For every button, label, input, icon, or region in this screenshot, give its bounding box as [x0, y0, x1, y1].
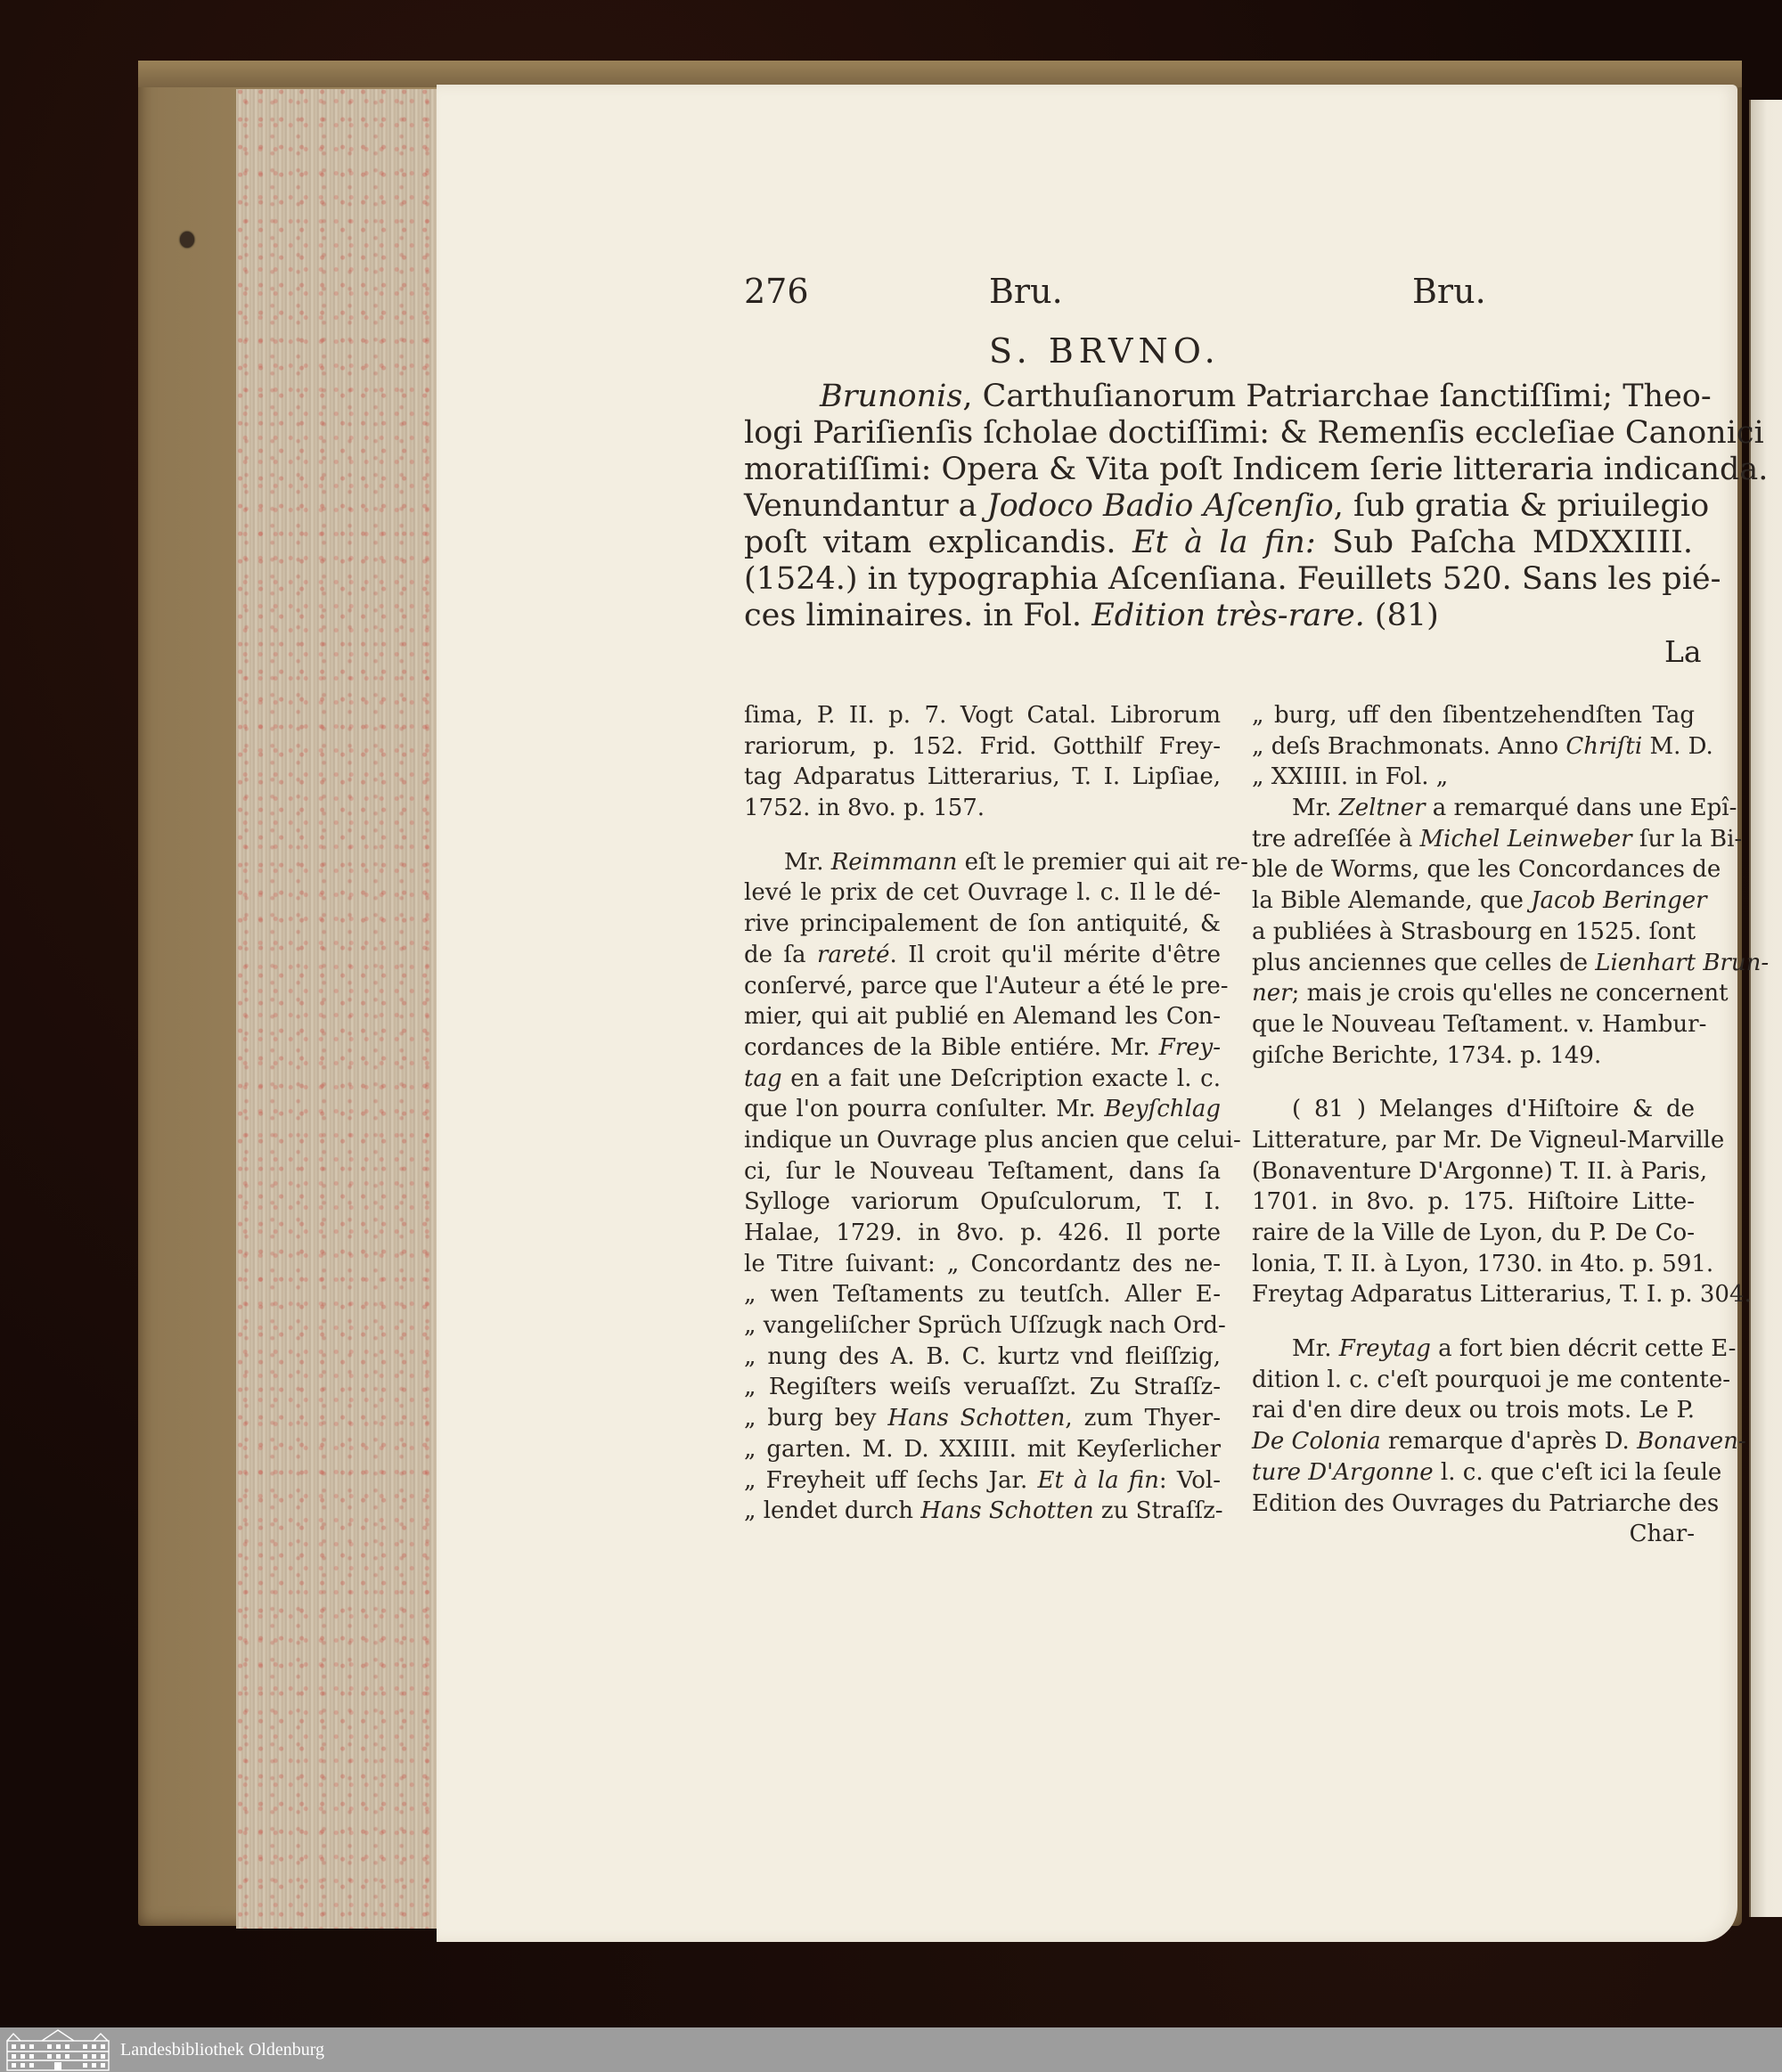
italic-text: Jodoco Badio Aſcenſio: [987, 488, 1334, 524]
text-segment: Litterature, par Mr. De Vigneul-Marville: [1252, 1127, 1724, 1154]
column-line: de ſa rareté. Il croit qu'il mérite d'êt…: [744, 940, 1221, 971]
text-segment: lonia, T. II. à Lyon, 1730. in 4to. p. 5…: [1252, 1251, 1713, 1277]
text-segment: que le Nouveau Teſtament. v. Hambur-: [1252, 1011, 1706, 1038]
text-segment: ci, ſur le Nouveau Teſtament, dans ſa: [744, 1158, 1221, 1185]
text-segment: conſervé, parce que l'Auteur a été le pr…: [744, 973, 1229, 999]
italic-text: Zeltner: [1339, 795, 1426, 821]
text-segment: cordances de la Bible entiére. Mr.: [744, 1034, 1159, 1061]
column-line: ner; mais je crois qu'elles ne concernen…: [1252, 978, 1695, 1009]
footnote-column-right: „ burg, uff den ſibentzehendſten Tag„ de…: [1252, 700, 1695, 1550]
text-segment: . Il croit qu'il mérite d'être: [890, 942, 1221, 968]
italic-text: Frey-: [1159, 1034, 1221, 1061]
column-line: rive principalement de ſon antiquité, &: [744, 909, 1221, 940]
column-line: Edition des Ouvrages du Patriarche des: [1252, 1489, 1695, 1520]
text-segment: Mr.: [784, 849, 831, 876]
text-segment: Char-: [1630, 1521, 1695, 1547]
text-segment: a remarqué dans une Epî-: [1426, 795, 1737, 821]
page-number: 276: [744, 272, 809, 311]
column-line: levé le prix de cet Ouvrage l. c. Il le …: [744, 877, 1221, 909]
column-line: plus anciennes que celles de Lienhart Br…: [1252, 948, 1695, 979]
italic-text: tag: [744, 1065, 782, 1092]
italic-text: Reimmann: [831, 849, 958, 876]
main-entry-line: Brunonis, Carthuſianorum Patriarchae ſan…: [744, 379, 1693, 415]
column-line: De Colonia remarque d'après D. Bonaven-: [1252, 1426, 1695, 1457]
text-segment: en a fait une Deſcription exacte l. c.: [782, 1065, 1221, 1092]
cover-nail: [180, 232, 194, 248]
text-segment: indique un Ouvrage plus ancien que celui…: [744, 1127, 1241, 1154]
text-segment: Halae, 1729. in 8vo. p. 426. Il porte: [744, 1220, 1221, 1246]
text-segment: ( 81 ) Melanges d'Hiſtoire & de: [1292, 1096, 1695, 1122]
italic-text: Hans Schotten: [887, 1405, 1065, 1432]
text-segment: (1524.) in typographia Aſcenſiana. Feuil…: [744, 561, 1721, 597]
column-line: „ lendet durch Hans Schotten zu Straſſz-: [744, 1496, 1221, 1527]
text-segment: ſima, P. II. p. 7. Vogt Catal. Librorum: [744, 702, 1221, 729]
book-cover-top-edge: [138, 61, 1742, 87]
column-line: „ vangeliſcher Sprüch Uſſzugk nach Ord-: [744, 1310, 1221, 1342]
italic-text: Chriſti: [1565, 733, 1642, 760]
catchword-la: La: [1664, 634, 1702, 669]
column-line: „ burg, uff den ſibentzehendſten Tag: [1252, 700, 1695, 731]
institution-name: Landesbibliothek Oldenburg: [120, 2040, 324, 2060]
column-line: Mr. Freytag a fort bien décrit cette E-: [1252, 1334, 1695, 1365]
main-entry-line: Venundantur a Jodoco Badio Aſcenſio, ſub…: [744, 488, 1693, 525]
column-line: indique un Ouvrage plus ancien que celui…: [744, 1125, 1221, 1156]
column-line: dition l. c. c'eſt pourquoi je me conten…: [1252, 1365, 1695, 1396]
text-segment: a fort bien décrit cette E-: [1431, 1335, 1737, 1362]
column-line: que le Nouveau Teſtament. v. Hambur-: [1252, 1009, 1695, 1040]
column-line: Mr. Reimmann eſt le premier qui ait re-: [744, 847, 1221, 878]
column-line: tag Adparatus Litterarius, T. I. Lipſiae…: [744, 762, 1221, 793]
text-segment: 1701. in 8vo. p. 175. Hiſtoire Litte-: [1252, 1188, 1695, 1215]
text-segment: dition l. c. c'eſt pourquoi je me conten…: [1252, 1366, 1730, 1393]
text-segment: ſur la Bi-: [1632, 826, 1743, 852]
text-segment: „ burg bey: [744, 1405, 887, 1432]
column-line: Sylloge variorum Opuſculorum, T. I.: [744, 1187, 1221, 1218]
text-segment: ble de Worms, que les Concordances de: [1252, 856, 1721, 883]
column-line: ſima, P. II. p. 7. Vogt Catal. Librorum: [744, 700, 1221, 731]
library-building-logo-icon: [4, 2028, 111, 2071]
text-segment: moratiſſimi: Opera & Vita poſt Indicem ſ…: [744, 452, 1768, 487]
text-segment: Mr.: [1292, 1335, 1339, 1362]
footnote-column-left: ſima, P. II. p. 7. Vogt Catal. Librorumr…: [744, 700, 1221, 1527]
text-segment: levé le prix de cet Ouvrage l. c. Il le …: [744, 879, 1221, 906]
column-line: lonia, T. II. à Lyon, 1730. in 4to. p. 5…: [1252, 1249, 1695, 1280]
text-segment: „ nung des A. B. C. kurtz vnd fleiſſzig,: [744, 1343, 1221, 1370]
text-segment: 1752. in 8vo. p. 157.: [744, 795, 985, 821]
italic-text: Hans Schotten: [920, 1497, 1093, 1524]
text-segment: zu Straſſz-: [1094, 1497, 1223, 1524]
text-segment: „ XXIIII. in Fol. „: [1252, 763, 1448, 790]
text-segment: (81): [1365, 598, 1439, 633]
column-line: tag en a fait une Deſcription exacte l. …: [744, 1064, 1221, 1095]
column-line: tre adreſſée à Michel Leinweber ſur la B…: [1252, 824, 1695, 855]
text-segment: tre adreſſée à: [1252, 826, 1420, 852]
italic-text: ner: [1252, 980, 1292, 1007]
text-segment: , ſub gratia & priuilegio: [1334, 488, 1709, 524]
main-entry-line: moratiſſimi: Opera & Vita poſt Indicem ſ…: [744, 452, 1693, 488]
text-segment: rive principalement de ſon antiquité, &: [744, 910, 1221, 937]
text-segment: poſt vitam explicandis.: [744, 525, 1132, 560]
column-line: „ nung des A. B. C. kurtz vnd fleiſſzig,: [744, 1342, 1221, 1373]
italic-text: Freytag: [1339, 1335, 1431, 1362]
text-segment: le Titre ſuivant: „ Concordantz des ne-: [744, 1251, 1221, 1277]
column-line: „ wen Teſtaments zu teutſch. Aller E-: [744, 1279, 1221, 1310]
column-line: cordances de la Bible entiére. Mr. Frey-: [744, 1032, 1221, 1064]
facing-page-edge: [1749, 100, 1782, 1917]
text-segment: mier, qui ait publié en Alemand les Con-: [744, 1003, 1221, 1030]
text-segment: „ deſs Brachmonats. Anno: [1252, 733, 1565, 760]
text-segment: rai d'en dire deux ou trois mots. Le P.: [1252, 1397, 1695, 1423]
column-line: „ garten. M. D. XXIIII. mit Keyſerlicher: [744, 1434, 1221, 1465]
column-line: „ Freyheit uff ſechs Jar. Et à la fin: V…: [744, 1465, 1221, 1497]
entry-title: S. BRVNO.: [989, 331, 1221, 371]
italic-text: Edition très-rare.: [1091, 598, 1365, 633]
column-line: conſervé, parce que l'Auteur a été le pr…: [744, 971, 1221, 1002]
column-line: 1752. in 8vo. p. 157.: [744, 793, 1221, 824]
text-segment: giſche Berichte, 1734. p. 149.: [1252, 1042, 1601, 1069]
column-line: la Bible Alemande, que Jacob Beringer: [1252, 885, 1695, 917]
text-segment: „ garten. M. D. XXIIII. mit Keyſerlicher: [744, 1436, 1221, 1463]
text-segment: „ vangeliſcher Sprüch Uſſzugk nach Ord-: [744, 1312, 1226, 1339]
main-entry-line: poſt vitam explicandis. Et à la fin: Sub…: [744, 525, 1693, 561]
column-line: Char-: [1252, 1519, 1695, 1550]
italic-text: rareté: [817, 942, 890, 968]
column-line: a publiées à Strasbourg en 1525. ſont: [1252, 917, 1695, 948]
text-segment: ces liminaires. in Fol.: [744, 598, 1091, 633]
italic-text: Brunonis: [820, 379, 962, 414]
column-line: ble de Worms, que les Concordances de: [1252, 854, 1695, 885]
text-segment: l. c. que c'eſt ici la ſeule: [1434, 1459, 1722, 1486]
italic-text: Bonaven-: [1637, 1428, 1746, 1455]
main-entry-line: ces liminaires. in Fol. Edition très-rar…: [744, 598, 1693, 634]
text-segment: Edition des Ouvrages du Patriarche des: [1252, 1490, 1719, 1517]
italic-text: Et à la fin: [1038, 1467, 1159, 1494]
text-segment: rariorum, p. 152. Frid. Gotthilf Frey-: [744, 733, 1221, 760]
footer-bar: Landesbibliothek Oldenburg: [0, 2027, 1782, 2072]
text-segment: que l'on pourra conſulter. Mr.: [744, 1096, 1104, 1122]
column-line: ture D'Argonne l. c. que c'eſt ici la ſe…: [1252, 1457, 1695, 1489]
column-line: giſche Berichte, 1734. p. 149.: [1252, 1040, 1695, 1072]
column-line: (Bonaventure D'Argonne) T. II. à Paris,: [1252, 1156, 1695, 1187]
text-segment: (Bonaventure D'Argonne) T. II. à Paris,: [1252, 1158, 1707, 1185]
column-line: ci, ſur le Nouveau Teſtament, dans ſa: [744, 1156, 1221, 1187]
column-line: Halae, 1729. in 8vo. p. 426. Il porte: [744, 1218, 1221, 1249]
column-line: raire de la Ville de Lyon, du P. De Co-: [1252, 1218, 1695, 1249]
text-segment: , zum Thyer-: [1065, 1405, 1221, 1432]
text-segment: la Bible Alemande, que: [1252, 887, 1531, 914]
column-line: Litterature, par Mr. De Vigneul-Marville: [1252, 1125, 1695, 1156]
text-segment: eſt le premier qui ait re-: [957, 849, 1248, 876]
running-head-left: Bru.: [989, 272, 1063, 311]
running-head-right: Bru.: [1412, 272, 1486, 311]
text-segment: remarque d'après D.: [1381, 1428, 1638, 1455]
column-line: Mr. Zeltner a remarqué dans une Epî-: [1252, 793, 1695, 824]
text-segment: „ Freyheit uff ſechs Jar.: [744, 1467, 1038, 1494]
main-entry-line: logi Pariſienſis ſcholae doctiſſimi: & R…: [744, 415, 1693, 452]
italic-text: De Colonia: [1252, 1428, 1381, 1455]
column-line: que l'on pourra conſulter. Mr. Beyſchlag: [744, 1094, 1221, 1125]
italic-text: Et à la fin:: [1132, 525, 1316, 560]
text-segment: „ wen Teſtaments zu teutſch. Aller E-: [744, 1281, 1221, 1308]
text-segment: „ lendet durch: [744, 1497, 920, 1524]
text-segment: ; mais je crois qu'elles ne concernent: [1292, 980, 1729, 1007]
text-segment: „ burg, uff den ſibentzehendſten Tag: [1252, 702, 1695, 729]
page-block-edge: [236, 89, 439, 1929]
text-segment: Venundantur a: [744, 488, 987, 524]
text-segment: , Carthuſianorum Patriarchae ſanctiſſimi…: [962, 379, 1711, 414]
column-line: „ deſs Brachmonats. Anno Chriſti M. D.: [1252, 731, 1695, 763]
italic-text: Michel Leinweber: [1420, 826, 1632, 852]
text-segment: Sylloge variorum Opuſculorum, T. I.: [744, 1188, 1221, 1215]
text-segment: de ſa: [744, 942, 817, 968]
italic-text: Beyſchlag: [1104, 1096, 1221, 1122]
column-line: Freytag Adparatus Litterarius, T. I. p. …: [1252, 1279, 1695, 1310]
column-line: rai d'en dire deux ou trois mots. Le P.: [1252, 1395, 1695, 1426]
italic-text: Jacob Beringer: [1531, 887, 1707, 914]
column-line: ( 81 ) Melanges d'Hiſtoire & de: [1252, 1094, 1695, 1125]
text-segment: Mr.: [1292, 795, 1339, 821]
text-segment: logi Pariſienſis ſcholae doctiſſimi: & R…: [744, 415, 1764, 451]
text-segment: Sub Paſcha MDXXIIII.: [1316, 525, 1693, 560]
text-segment: „ Regiſters weiſs veruaſſzt. Zu Straſſz-: [744, 1374, 1221, 1400]
text-segment: Freytag Adparatus Litterarius, T. I. p. …: [1252, 1281, 1752, 1308]
column-line: mier, qui ait publié en Alemand les Con-: [744, 1001, 1221, 1032]
column-line: „ XXIIII. in Fol. „: [1252, 762, 1695, 793]
main-entry-line: (1524.) in typographia Aſcenſiana. Feuil…: [744, 561, 1693, 598]
column-line: rariorum, p. 152. Frid. Gotthilf Frey-: [744, 731, 1221, 763]
text-segment: tag Adparatus Litterarius, T. I. Lipſiae…: [744, 763, 1221, 790]
column-line: 1701. in 8vo. p. 175. Hiſtoire Litte-: [1252, 1187, 1695, 1218]
text-segment: : Vol-: [1159, 1467, 1221, 1494]
column-line: „ Regiſters weiſs veruaſſzt. Zu Straſſz-: [744, 1372, 1221, 1403]
italic-text: Lienhart Brun-: [1595, 950, 1769, 976]
text-segment: a publiées à Strasbourg en 1525. ſont: [1252, 918, 1696, 945]
column-line: le Titre ſuivant: „ Concordantz des ne-: [744, 1249, 1221, 1280]
text-segment: M. D.: [1642, 733, 1713, 760]
italic-text: ture D'Argonne: [1252, 1459, 1434, 1486]
text-segment: plus anciennes que celles de: [1252, 950, 1595, 976]
text-segment: raire de la Ville de Lyon, du P. De Co-: [1252, 1220, 1695, 1246]
column-line: „ burg bey Hans Schotten, zum Thyer-: [744, 1403, 1221, 1434]
